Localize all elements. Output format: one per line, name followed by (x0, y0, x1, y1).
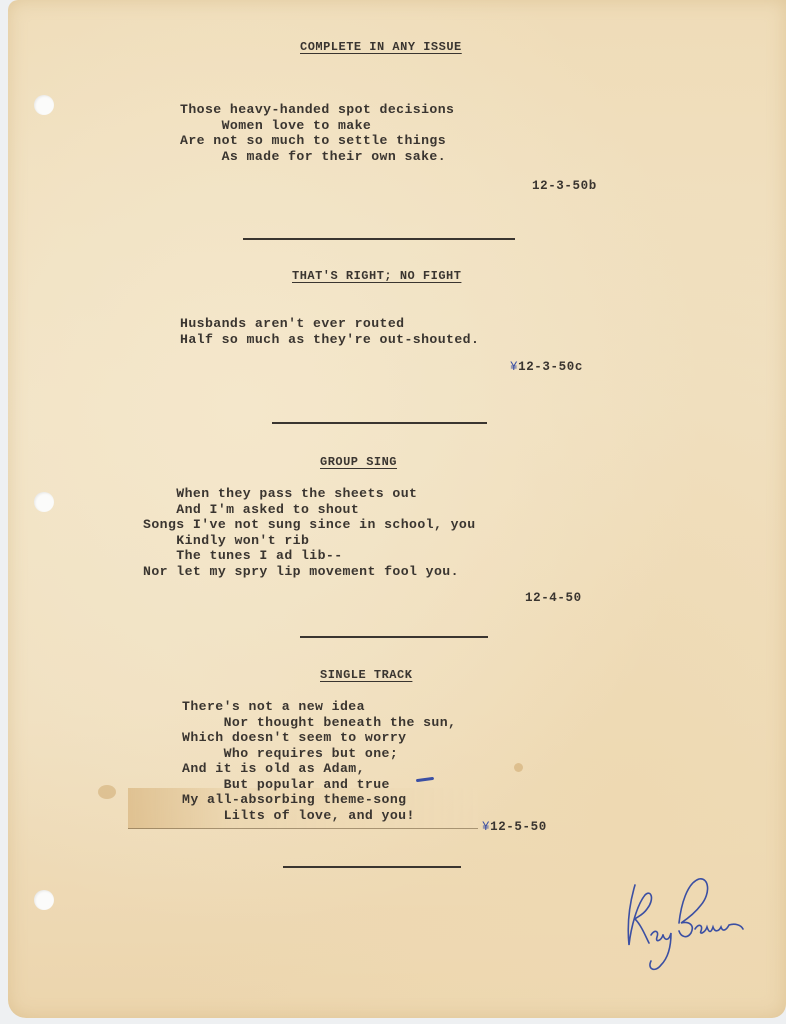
punch-hole (34, 492, 54, 512)
section-divider (272, 422, 487, 424)
handwritten-signature (615, 865, 755, 980)
section-divider (283, 866, 461, 868)
stain (98, 785, 116, 799)
section-divider (243, 238, 515, 240)
stain (514, 763, 523, 772)
section-divider (300, 636, 488, 638)
poem-title: THAT'S RIGHT; NO FIGHT (292, 269, 461, 283)
poem-date: ¥12-5-50 (482, 820, 547, 834)
poem-body: There's not a new idea Nor thought benea… (182, 699, 456, 823)
poem-body: Those heavy-handed spot decisions Women … (180, 102, 454, 164)
punch-hole (34, 95, 54, 115)
poem-title: GROUP SING (320, 455, 397, 469)
poem-title: SINGLE TRACK (320, 668, 412, 682)
checkmark: ¥ (510, 360, 518, 374)
poem-body: Husbands aren't ever routed Half so much… (180, 316, 479, 347)
poem-date: ¥12-3-50c (510, 360, 583, 374)
poem-date: 12-3-50b (532, 179, 597, 193)
checkmark: ¥ (482, 820, 490, 834)
poem-title: COMPLETE IN ANY ISSUE (300, 40, 462, 54)
poem-body: When they pass the sheets out And I'm as… (143, 486, 476, 579)
poem-date: 12-4-50 (525, 591, 582, 605)
punch-hole (34, 890, 54, 910)
